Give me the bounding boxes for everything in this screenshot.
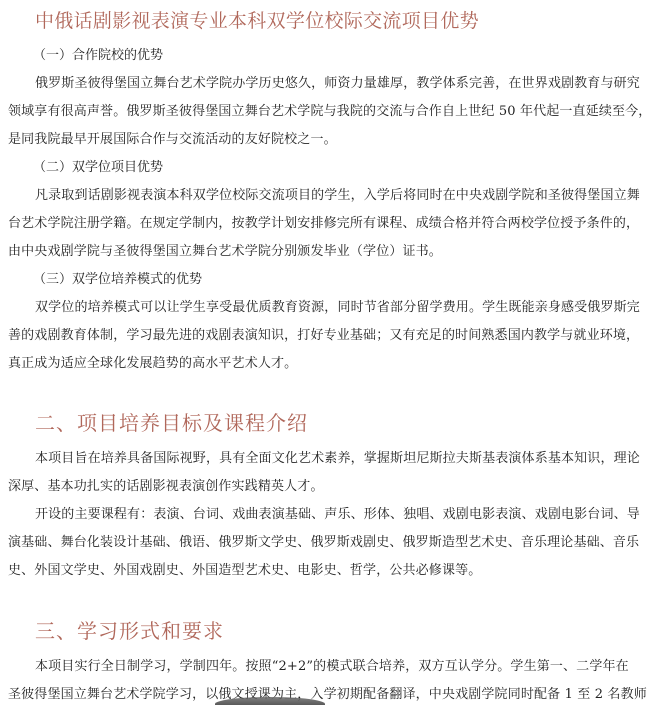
paragraph-line: 台艺术学院注册学籍。在规定学制内，按教学计划安排修完所有课程、成绩合格并符合两校… — [8, 212, 653, 231]
paragraph-line: 深厚、基本功扎实的话剧影视表演创作实践精英人才。 — [8, 475, 653, 494]
document-page: 中俄话剧影视表演专业本科双学位校际交流项目优势 （一）合作院校的优势 俄罗斯圣彼… — [0, 0, 658, 705]
paragraph-line: 开设的主要课程有：表演、台词、戏曲表演基础、声乐、形体、独唱、戏剧电影表演、戏剧… — [35, 503, 653, 522]
paragraph-line: 本项目实行全日制学习，学制四年。按照“2+2”的模式联合培养，双方互认学分。学生… — [35, 655, 653, 674]
paragraph-line: 真正成为适应全球化发展趋势的高水平艺术人才。 — [8, 352, 653, 371]
paragraph-line: 史、外国文学史、外国戏剧史、外国造型艺术史、电影史、哲学，公共必修课等。 — [8, 559, 653, 578]
section-heading-objectives-courses: 二、项目培养目标及课程介绍 — [35, 407, 308, 436]
partial-photo-edge — [215, 697, 325, 705]
subheading-training-mode-advantages: （三）双学位培养模式的优势 — [33, 268, 202, 287]
paragraph-line: 善的戏剧教育体制，学习最先进的戏剧表演知识，打好专业基础；又有充足的时间熟悉国内… — [8, 324, 653, 343]
paragraph-line: 俄罗斯圣彼得堡国立舞台艺术学院办学历史悠久，师资力量雄厚，教学体系完善，在世界戏… — [35, 72, 653, 91]
paragraph-line: 圣彼得堡国立舞台艺术学院学习，以俄文授课为主，入学初期配备翻译，中央戏剧学院同时… — [8, 683, 653, 702]
paragraph-line: 本项目旨在培养具备国际视野，具有全面文化艺术素养，掌握斯坦尼斯拉夫斯基表演体系基… — [35, 447, 653, 466]
paragraph-line: 凡录取到话剧影视表演本科双学位校际交流项目的学生，入学后将同时在中央戏剧学院和圣… — [35, 184, 653, 203]
paragraph-line: 演基础、舞台化装设计基础、俄语、俄罗斯文学史、俄罗斯戏剧史、俄罗斯造型艺术史、音… — [8, 531, 653, 550]
document-title: 中俄话剧影视表演专业本科双学位校际交流项目优势 — [35, 6, 479, 33]
paragraph-line: 是同我院最早开展国际合作与交流活动的友好院校之一。 — [8, 128, 653, 147]
section-heading-study-form: 三、学习形式和要求 — [35, 615, 224, 644]
subheading-partner-advantages: （一）合作院校的优势 — [33, 44, 163, 63]
paragraph-line: 领域享有很高声誉。俄罗斯圣彼得堡国立舞台艺术学院与我院的交流与合作自上世纪 50… — [8, 100, 653, 119]
paragraph-line: 由中央戏剧学院与圣彼得堡国立舞台艺术学院分别颁发毕业（学位）证书。 — [8, 240, 653, 259]
paragraph-line: 双学位的培养模式可以让学生享受最优质教育资源，同时节省部分留学费用。学生既能亲身… — [35, 296, 653, 315]
subheading-dual-degree-advantages: （二）双学位项目优势 — [33, 156, 163, 175]
